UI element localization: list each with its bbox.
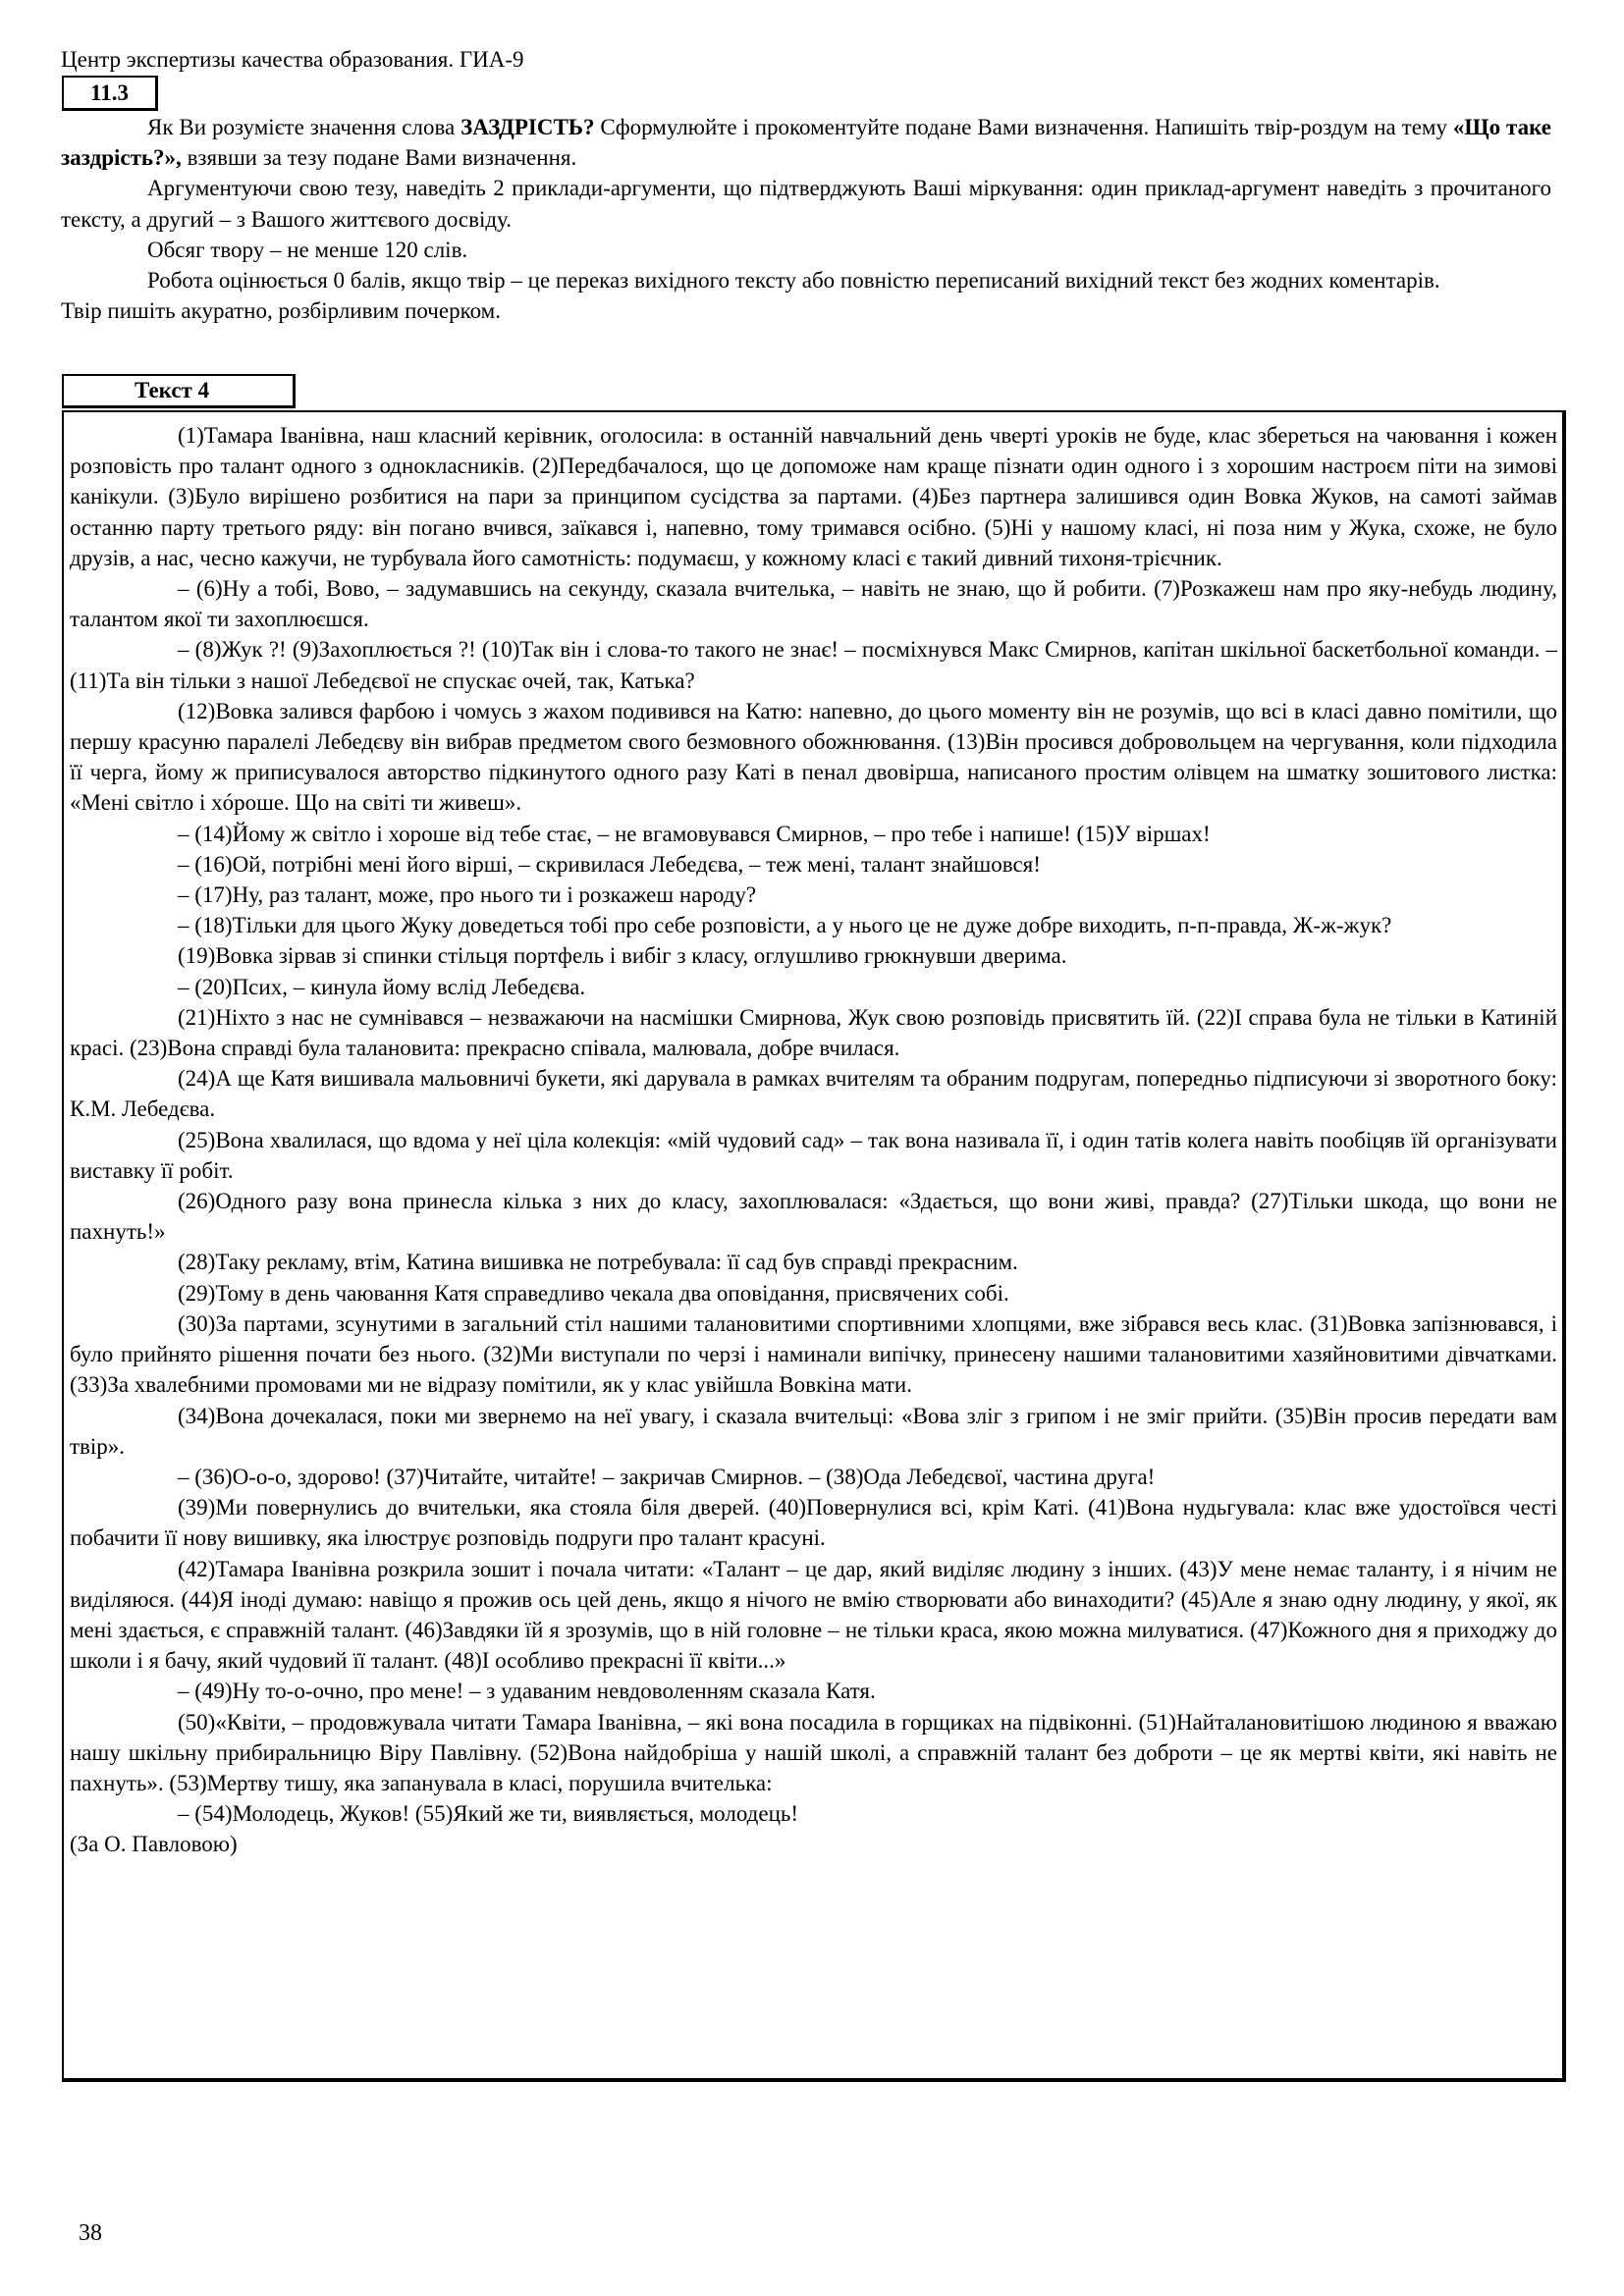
story-paragraph: – (54)Молодець, Жуков! (55)Який же ти, в… <box>70 1798 1557 1829</box>
story-paragraph: – (36)О-о-о, здорово! (37)Читайте, читай… <box>70 1462 1557 1492</box>
story-paragraph: – (49)Ну то-о-очно, про мене! – з удаван… <box>70 1676 1557 1706</box>
story-paragraph: – (8)Жук ?! (9)Захоплюється ?! (10)Так в… <box>70 634 1557 695</box>
story-paragraph: (34)Вона дочекалася, поки ми звернемо на… <box>70 1401 1557 1462</box>
instruction-paragraph: Твір пишіть акуратно, розбірливим почерк… <box>61 295 1551 326</box>
story-paragraph: – (16)Ой, потрібні мені його вірші, – ск… <box>70 849 1557 880</box>
story-paragraph: (19)Вовка зірвав зі спинки стільця портф… <box>70 940 1557 971</box>
story-paragraph: – (6)Ну а тобі, Вово, – задумавшись на с… <box>70 573 1557 634</box>
story-paragraph: – (20)Псих, – кинула йому вслід Лебедєва… <box>70 972 1557 1002</box>
story-paragraph: (24)А ще Катя вишивала мальовничі букети… <box>70 1063 1557 1124</box>
story-paragraph: (12)Вовка залився фарбою і чомусь з жахо… <box>70 696 1557 819</box>
story-paragraph: (42)Тамара Іванівна розкрила зошит і поч… <box>70 1554 1557 1677</box>
story-paragraph: (28)Таку рекламу, втім, Катина вишивка н… <box>70 1247 1557 1277</box>
instruction-paragraph: Робота оцінюється 0 балів, якщо твір – ц… <box>61 265 1551 295</box>
instruction-paragraph: Як Ви розумієте значення слова ЗАЗДРІСТЬ… <box>61 112 1551 173</box>
story-paragraph: – (17)Ну, раз талант, може, про нього ти… <box>70 880 1557 910</box>
task-number-box: 11.3 <box>62 76 158 111</box>
story-paragraph: (50)«Квіти, – продовжувала читати Тамара… <box>70 1707 1557 1799</box>
instruction-paragraph: Аргументуючи свою тезу, наведіть 2 прикл… <box>61 173 1551 234</box>
story-paragraph: (30)За партами, зсунутими в загальний ст… <box>70 1308 1557 1401</box>
story-paragraph: (26)Одного разу вона принесла кілька з н… <box>70 1186 1557 1247</box>
instruction-paragraph: Обсяг твору – не менше 120 слів. <box>61 235 1551 265</box>
document-header: Центр экспертизы качества образования. Г… <box>61 44 524 75</box>
story-paragraph: (39)Ми повернулись до вчительки, яка сто… <box>70 1492 1557 1553</box>
story-paragraph: (29)Тому в день чаювання Катя справедлив… <box>70 1278 1557 1308</box>
page-number: 38 <box>79 2218 102 2249</box>
story-paragraph: (1)Тамара Іванівна, наш класний керівник… <box>70 420 1557 573</box>
story-paragraph: – (14)Йому ж світло і хороше від тебе ст… <box>70 819 1557 849</box>
text-label-box: Текст 4 <box>62 374 296 408</box>
keyword-envy: ЗАЗДРІСТЬ? <box>460 115 594 139</box>
story-text-box: (1)Тамара Іванівна, наш класний керівник… <box>62 410 1566 2082</box>
story-paragraphs: (1)Тамара Іванівна, наш класний керівник… <box>70 420 1557 1829</box>
task-instructions: Як Ви розумієте значення слова ЗАЗДРІСТЬ… <box>61 112 1551 326</box>
story-paragraph: (21)Ніхто з нас не сумнівався – незважаю… <box>70 1002 1557 1063</box>
text-source: (За О. Павловою) <box>70 1829 1557 1859</box>
story-paragraph: – (18)Тільки для цього Жуку доведеться т… <box>70 910 1557 940</box>
story-paragraph: (25)Вона хвалилася, що вдома у неї ціла … <box>70 1125 1557 1186</box>
